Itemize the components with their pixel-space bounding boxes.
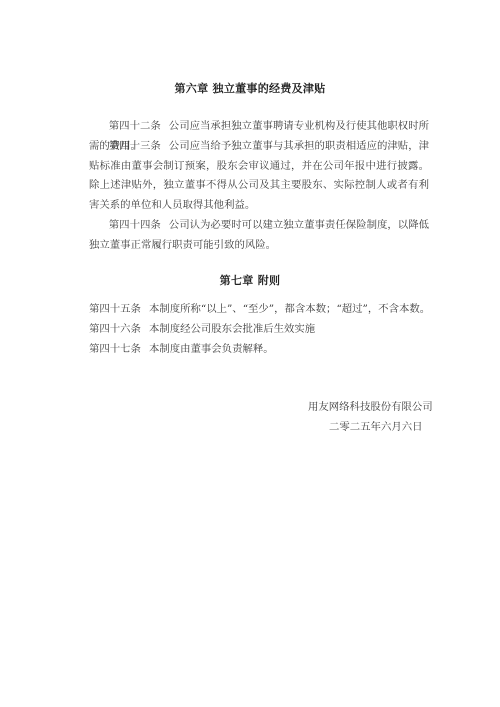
article-number: 第四十四条 bbox=[109, 219, 161, 231]
chapter6-title: 第六章 独立董事的经费及津贴 bbox=[0, 80, 500, 96]
article-47: 第四十七条本制度由董事会负责解释。 bbox=[89, 340, 274, 355]
article-text: 本制度由董事会负责解释。 bbox=[149, 343, 274, 355]
article-46: 第四十六条本制度经公司股东会批准后生效实施 bbox=[89, 320, 315, 335]
chapter7-title: 第七章 附则 bbox=[0, 272, 500, 288]
article-number: 第四十六条 bbox=[89, 323, 141, 335]
article-43: 第四十三条公司应当给予独立董事与其承担的职责相适应的津贴，津贴标准由董事会制订预… bbox=[89, 137, 429, 215]
article-44: 第四十四条公司认为必要时可以建立独立董事责任保险制度，以降低独立董事正常履行职责… bbox=[89, 216, 429, 255]
article-number: 第四十三条 bbox=[109, 140, 161, 152]
article-text: 本制度所称“以上”、“至少”，都含本数；“超过”，不含本数。 bbox=[149, 303, 430, 315]
document-page: 第六章 独立董事的经费及津贴 第四十二条公司应当承担独立董事聘请专业机构及行使其… bbox=[0, 0, 500, 707]
article-number: 第四十二条 bbox=[109, 120, 161, 132]
signature-company: 用友网络科技股份有限公司 bbox=[308, 398, 433, 413]
article-text: 本制度经公司股东会批准后生效实施 bbox=[149, 323, 315, 335]
article-number: 第四十五条 bbox=[89, 303, 141, 315]
article-number: 第四十七条 bbox=[89, 343, 141, 355]
article-45: 第四十五条本制度所称“以上”、“至少”，都含本数；“超过”，不含本数。 bbox=[89, 300, 430, 315]
signature-date: 二零二五年六月六日 bbox=[329, 418, 423, 433]
